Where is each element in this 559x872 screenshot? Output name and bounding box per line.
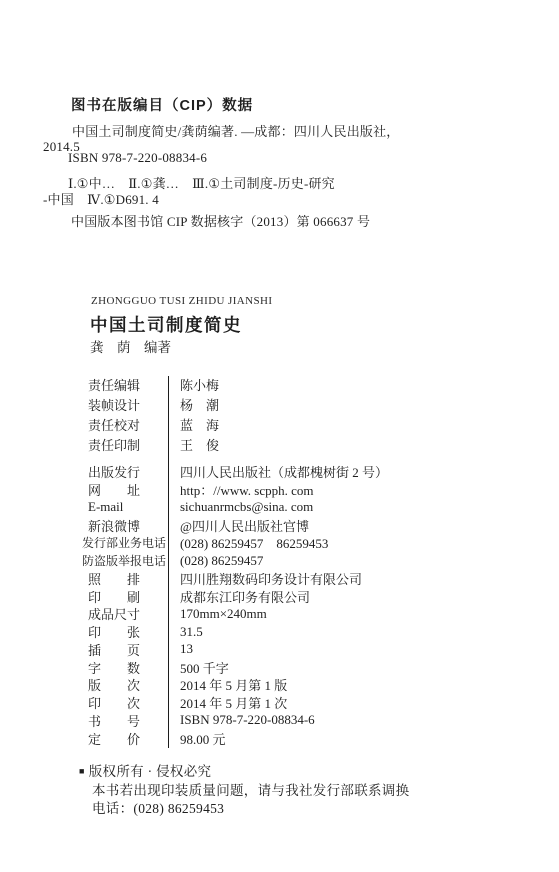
colophon-value: 500 千字 xyxy=(180,658,229,677)
colophon-label: 照排 xyxy=(88,569,140,588)
cip-record-number: 中国版本图书馆 CIP 数据核字（2013）第 066637 号 xyxy=(71,211,370,230)
colophon-label: 定价 xyxy=(88,729,140,748)
colophon-row: 字数 500 千字 xyxy=(88,658,508,676)
colophon-label: 印次 xyxy=(88,693,140,712)
colophon-label: 版次 xyxy=(88,675,140,694)
colophon-value: 王 俊 xyxy=(180,435,219,454)
copyright-page: 图书在版编目（CIP）数据 中国土司制度简史/龚荫编著. —成都：四川人民出版社… xyxy=(0,0,559,872)
colophon-label: 发行部业务电话 xyxy=(82,534,166,551)
colophon-value: 98.00 元 xyxy=(180,729,226,748)
colophon-value: 170mm×240mm xyxy=(180,606,267,622)
colophon-value: 13 xyxy=(180,641,193,657)
colophon-label: 责任校对 xyxy=(88,415,140,434)
colophon-value: 四川人民出版社（成都槐树街 2 号） xyxy=(180,462,388,481)
colophon-row: 出版发行 四川人民出版社（成都槐树街 2 号） xyxy=(88,463,508,481)
colophon-row: 印次 2014 年 5 月第 1 次 xyxy=(88,694,508,712)
colophon-value: sichuanrmcbs@sina. com xyxy=(180,499,313,515)
copyright-notice-text: 版权所有 · 侵权必究 xyxy=(89,764,212,779)
quality-notice: 本书若出现印装质量问题，请与我社发行部联系调换 xyxy=(92,779,409,799)
colophon-label: 责任印制 xyxy=(88,435,140,454)
colophon-row: 定价 98.00 元 xyxy=(88,729,508,747)
colophon-label: 字数 xyxy=(88,658,140,677)
colophon-row: 印刷 成都东江印务有限公司 xyxy=(88,587,508,605)
colophon-label: 成品尺寸 xyxy=(88,604,140,623)
colophon-value: 陈小梅 xyxy=(180,375,219,394)
colophon-row: 照排 四川胜翔数码印务设计有限公司 xyxy=(88,570,508,588)
colophon-value: @四川人民出版社官博 xyxy=(180,516,309,535)
colophon-row: 责任印制 王 俊 xyxy=(88,434,508,454)
colophon-publication-group: 出版发行 四川人民出版社（成都槐树街 2 号） 网址 http：//www. s… xyxy=(88,463,508,747)
colophon-staff-group: 责任编辑 陈小梅 装帧设计 杨 潮 责任校对 蓝 海 责任印制 王 俊 xyxy=(88,374,508,454)
cip-heading: 图书在版编目（CIP）数据 xyxy=(71,94,253,115)
colophon-row: 印张 31.5 xyxy=(88,623,508,641)
cip-classification-line2: -中国 Ⅳ.①D691. 4 xyxy=(43,189,159,208)
colophon-row: 发行部业务电话 (028) 86259457 86259453 xyxy=(88,534,508,552)
colophon-label: 装帧设计 xyxy=(88,395,140,414)
colophon-value: 四川胜翔数码印务设计有限公司 xyxy=(180,569,362,588)
colophon-value: 2014 年 5 月第 1 版 xyxy=(180,675,287,694)
colophon-label: 网址 xyxy=(88,480,140,499)
cip-isbn-line: ISBN 978-7-220-08834-6 xyxy=(68,150,207,166)
colophon-label: 印刷 xyxy=(88,587,140,606)
colophon-label: 责任编辑 xyxy=(88,375,140,394)
colophon-row: 装帧设计 杨 潮 xyxy=(88,394,508,414)
colophon-value: http：//www. scpph. com xyxy=(180,480,313,499)
square-bullet-icon: ■ xyxy=(79,766,85,776)
colophon-row: 版次 2014 年 5 月第 1 版 xyxy=(88,676,508,694)
book-title-pinyin: ZHONGGUO TUSI ZHIDU JIANSHI xyxy=(91,295,272,307)
colophon-row: 责任校对 蓝 海 xyxy=(88,414,508,434)
colophon-value: 31.5 xyxy=(180,624,203,640)
colophon-label: 出版发行 xyxy=(88,462,140,481)
colophon-label: 防盗版举报电话 xyxy=(82,552,166,569)
cip-entry-line1: 中国土司制度简史/龚荫编著. —成都：四川人民出版社， xyxy=(72,121,400,140)
colophon-value: 杨 潮 xyxy=(180,395,219,414)
colophon-row: E-mail sichuanrmcbs@sina. com xyxy=(88,499,508,517)
colophon-row: 网址 http：//www. scpph. com xyxy=(88,481,508,499)
colophon-table: 责任编辑 陈小梅 装帧设计 杨 潮 责任校对 蓝 海 责任印制 王 俊 出版发行… xyxy=(88,374,508,747)
copyright-notice: ■版权所有 · 侵权必究 xyxy=(79,760,211,780)
colophon-label: E-mail xyxy=(88,499,140,515)
colophon-row: 成品尺寸 170mm×240mm xyxy=(88,605,508,623)
colophon-value: (028) 86259457 86259453 xyxy=(180,533,328,552)
colophon-label: 新浪微博 xyxy=(88,516,140,535)
colophon-label: 插页 xyxy=(88,640,140,659)
colophon-label: 印张 xyxy=(88,622,140,641)
colophon-row: 防盗版举报电话 (028) 86259457 xyxy=(88,552,508,570)
book-author: 龚 荫 编著 xyxy=(90,336,171,356)
colophon-label: 书号 xyxy=(88,711,140,730)
book-title: 中国土司制度简史 xyxy=(90,312,242,337)
colophon-row: 新浪微博 @四川人民出版社官博 xyxy=(88,516,508,534)
contact-phone: 电话：(028) 86259453 xyxy=(92,797,224,817)
colophon-value: ISBN 978-7-220-08834-6 xyxy=(180,712,315,728)
colophon-value: 2014 年 5 月第 1 次 xyxy=(180,693,287,712)
colophon-row: 书号 ISBN 978-7-220-08834-6 xyxy=(88,712,508,730)
colophon-row: 插页 13 xyxy=(88,641,508,659)
colophon-value: 蓝 海 xyxy=(180,415,219,434)
colophon-row: 责任编辑 陈小梅 xyxy=(88,374,508,394)
colophon-value: (028) 86259457 xyxy=(180,553,263,569)
colophon-value: 成都东江印务有限公司 xyxy=(180,587,310,606)
